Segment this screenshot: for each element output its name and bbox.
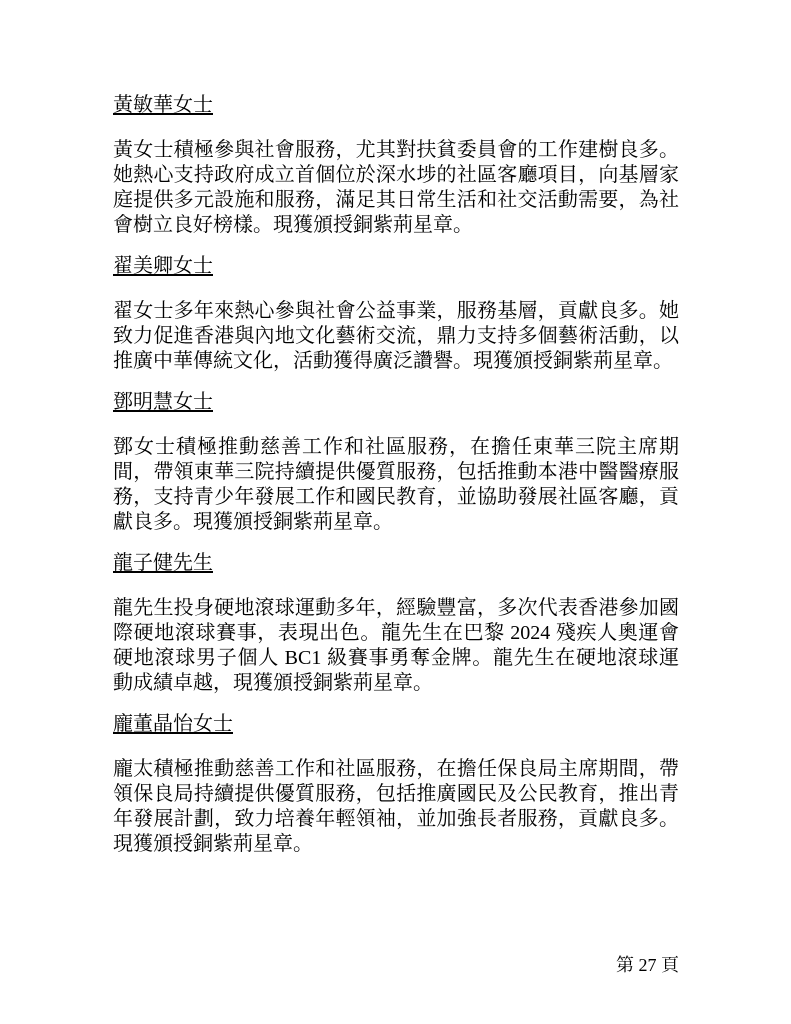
award-entry: 翟美卿女士 翟女士多年來熱心參與社會公益事業，服務基層，貢獻良多。她致力促進香港… bbox=[113, 254, 679, 374]
entry-heading: 黃敏華女士 bbox=[113, 93, 679, 118]
page-footer: 第 27 頁 bbox=[113, 955, 679, 976]
entry-heading: 龍子健先生 bbox=[113, 551, 679, 576]
award-entry: 鄧明慧女士 鄧女士積極推動慈善工作和社區服務，在擔任東華三院主席期間，帶領東華三… bbox=[113, 390, 679, 535]
entry-paragraph: 鄧女士積極推動慈善工作和社區服務，在擔任東華三院主席期間，帶領東華三院持續提供優… bbox=[113, 435, 679, 535]
entry-paragraph: 龍先生投身硬地滾球運動多年，經驗豐富，多次代表香港參加國際硬地滾球賽事，表現出色… bbox=[113, 596, 679, 696]
page-content: 黃敏華女士 黃女士積極參與社會服務，尤其對扶貧委員會的工作建樹良多。她熱心支持政… bbox=[113, 93, 679, 873]
entry-paragraph: 黃女士積極參與社會服務，尤其對扶貧委員會的工作建樹良多。她熱心支持政府成立首個位… bbox=[113, 138, 679, 238]
page-number: 第 27 頁 bbox=[616, 955, 679, 975]
entry-heading: 龐董晶怡女士 bbox=[113, 712, 679, 737]
award-entry: 黃敏華女士 黃女士積極參與社會服務，尤其對扶貧委員會的工作建樹良多。她熱心支持政… bbox=[113, 93, 679, 238]
entry-heading: 鄧明慧女士 bbox=[113, 390, 679, 415]
entry-heading: 翟美卿女士 bbox=[113, 254, 679, 279]
award-entry: 龍子健先生 龍先生投身硬地滾球運動多年，經驗豐富，多次代表香港參加國際硬地滾球賽… bbox=[113, 551, 679, 696]
entry-paragraph: 翟女士多年來熱心參與社會公益事業，服務基層，貢獻良多。她致力促進香港與內地文化藝… bbox=[113, 299, 679, 374]
entry-paragraph: 龐太積極推動慈善工作和社區服務，在擔任保良局主席期間，帶領保良局持續提供優質服務… bbox=[113, 757, 679, 857]
award-entry: 龐董晶怡女士 龐太積極推動慈善工作和社區服務，在擔任保良局主席期間，帶領保良局持… bbox=[113, 712, 679, 857]
